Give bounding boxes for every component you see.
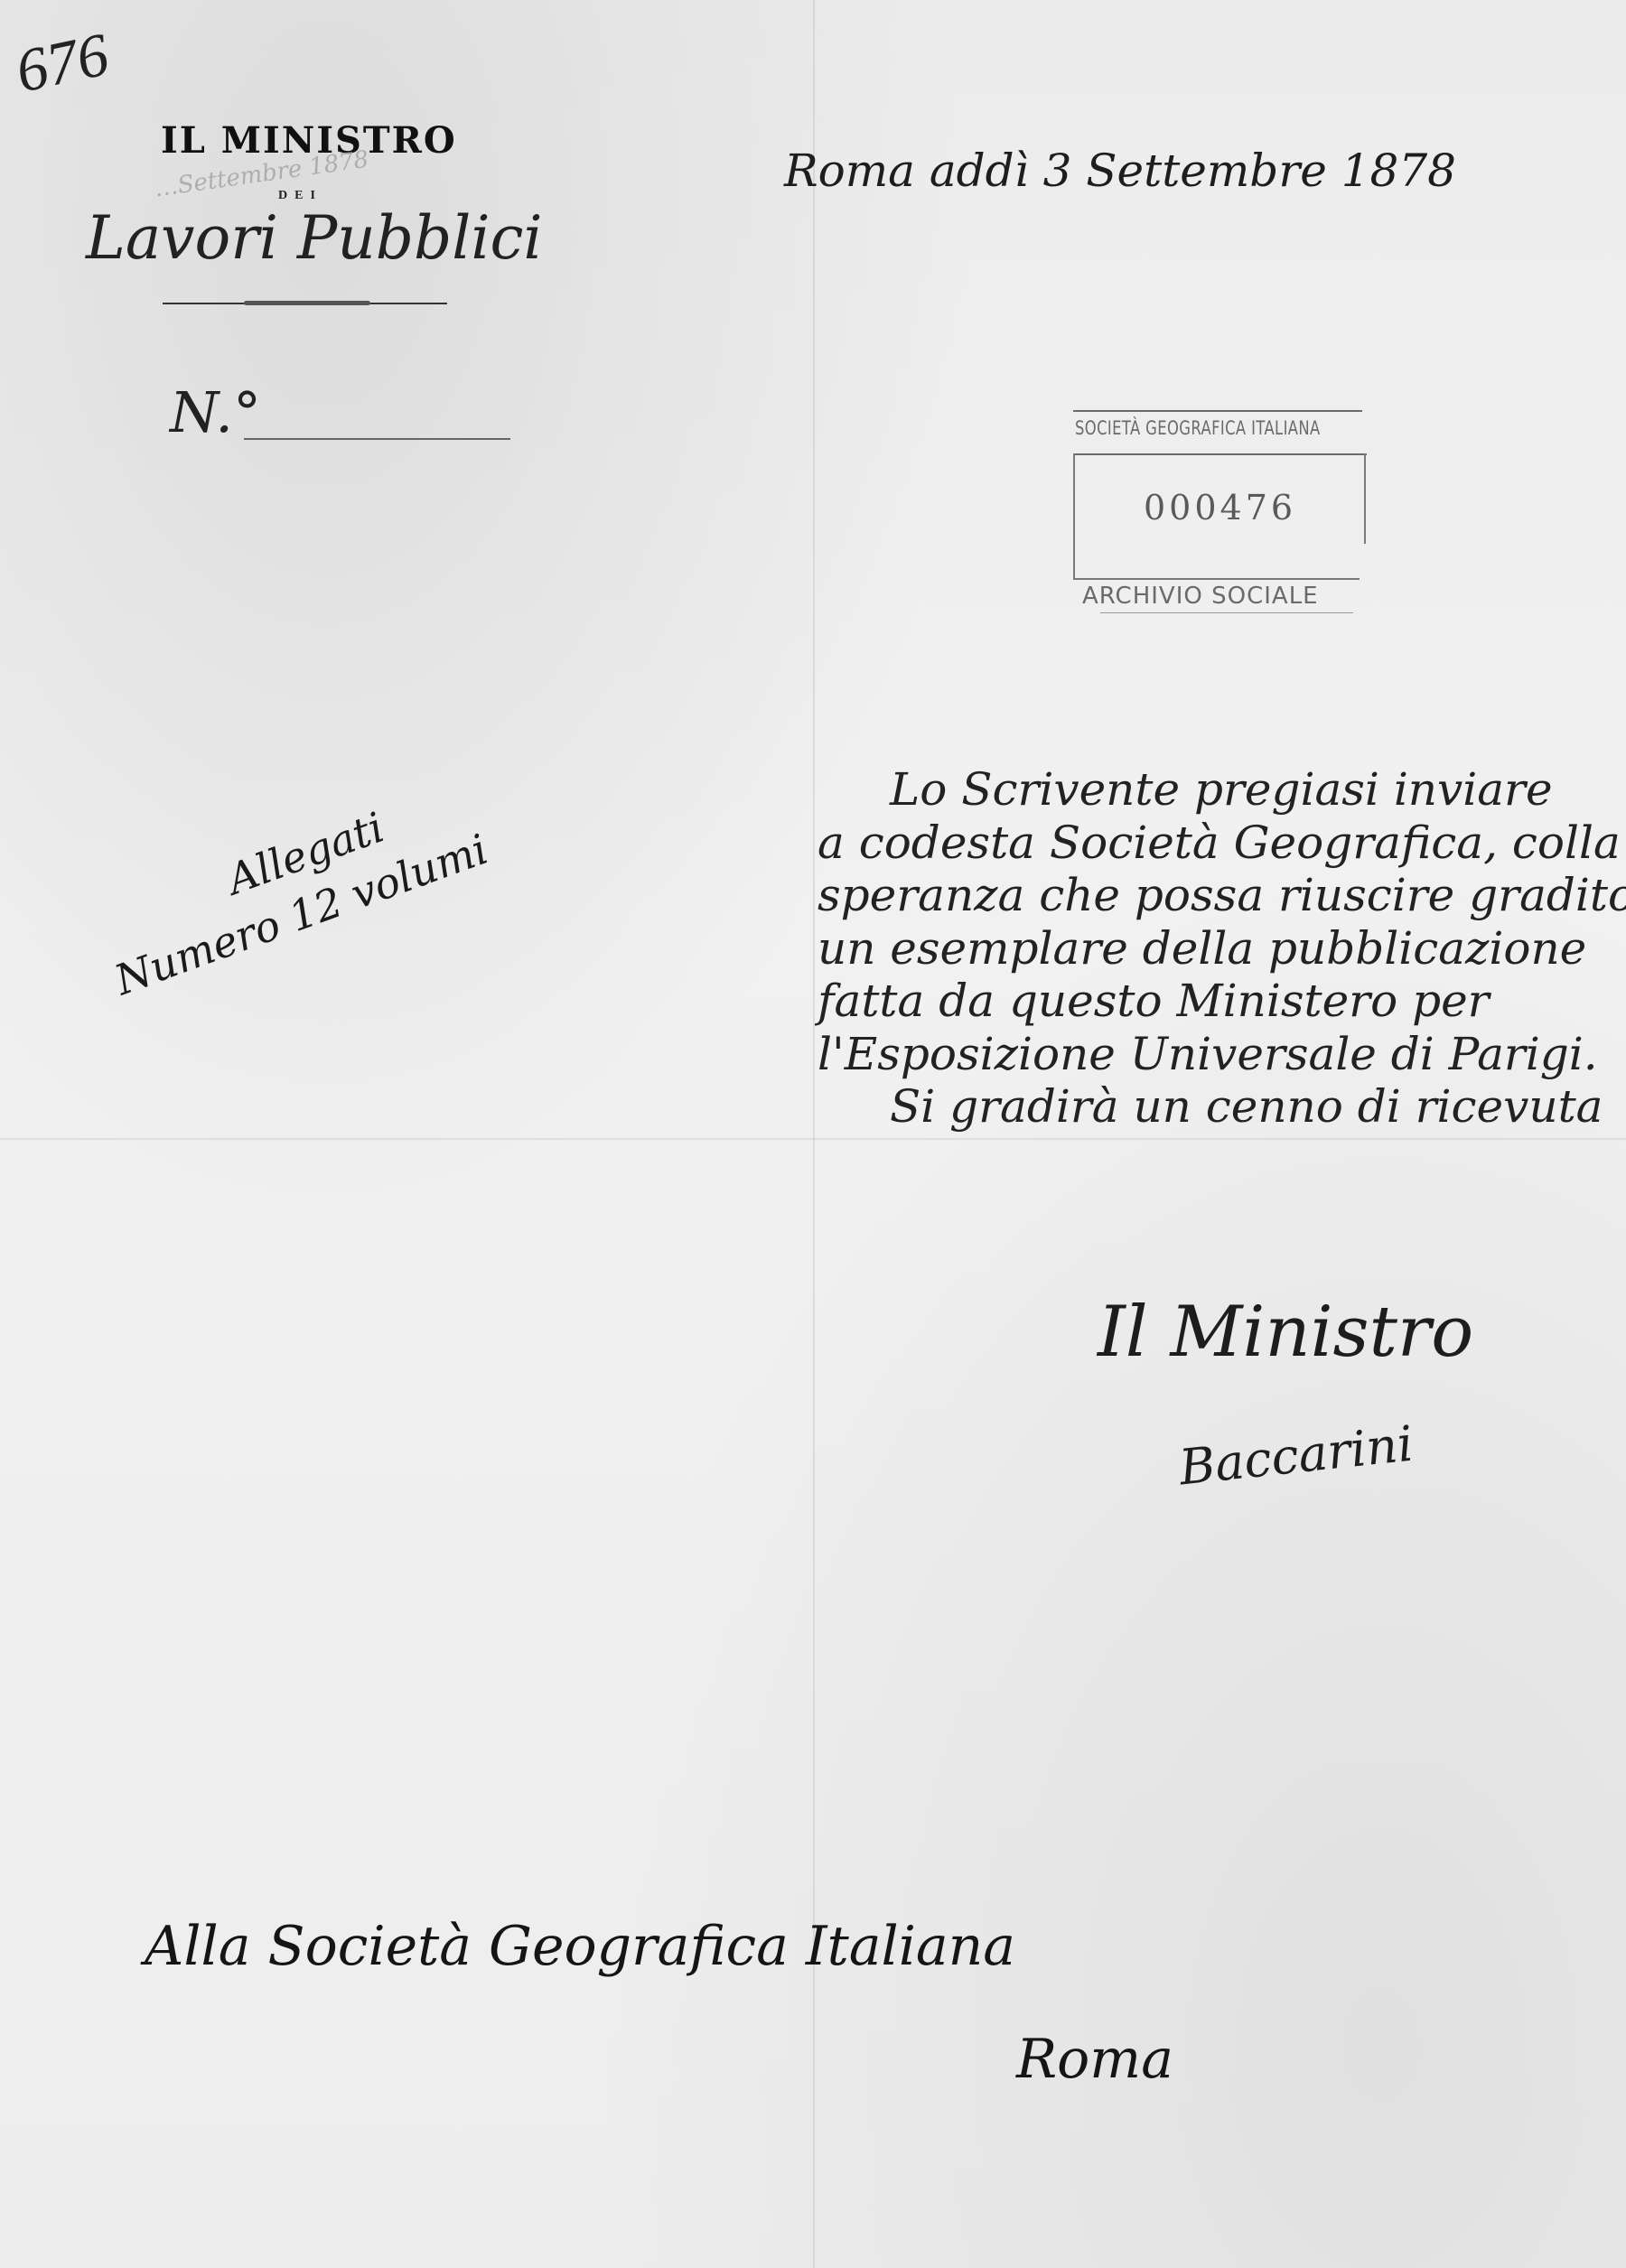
protocol-number-line [244,438,510,440]
archive-stamp: SOCIETÀ GEOGRAFICA ITALIANA 000476 ARCHI… [1073,406,1367,610]
letterhead-ministry: Lavori Pubblici [86,203,543,273]
stamp-footer: ARCHIVIO SOCIALE [1082,583,1319,610]
body-line: fatta da questo Ministero per [818,975,1621,1028]
body-line: Lo Scrivente pregiasi inviare [818,763,1621,817]
stamp-header: SOCIETÀ GEOGRAFICA ITALIANA [1075,417,1364,439]
addressee-city: Roma [1016,2028,1173,2091]
archive-number: 676 [10,18,115,107]
signature-title: Il Ministro [1098,1292,1473,1373]
stamp-number: 000476 [1144,488,1296,527]
letterhead-connector: DEI [278,189,322,203]
stamp-rule-bottom [1100,612,1353,613]
body-line: a codesta Società Geografica, colla [818,817,1621,870]
stamp-rule-middle [1073,453,1367,455]
letter-page: 676 IL MINISTRO …Settembre 1878 DEI Lavo… [0,0,1626,2268]
body-line: Si gradirà un cenno di ricevuta [818,1080,1621,1134]
stamp-border-right [1364,453,1366,544]
addressee-name: Alla Società Geografica Italiana [145,1915,1015,1978]
body-line: l'Esposizione Universale di Parigi. [818,1028,1621,1081]
stamp-rule-lower [1075,578,1360,580]
protocol-number-label: N.° [170,379,261,445]
stamp-border-left [1073,453,1075,580]
stamp-rule-top [1073,410,1362,412]
fold-crease-horizontal [0,1138,1626,1140]
letterhead-ornamental-rule [163,303,447,304]
enclosures-note: Allegati Numero 12 volumi [72,772,494,1011]
body-line: un esemplare della pubblicazione [818,922,1621,975]
signature-name: Baccarini [1176,1415,1416,1497]
letter-body: Lo Scrivente pregiasi inviare a codesta … [818,763,1621,1134]
body-line: speranza che possa riuscire gradito, [818,869,1621,922]
place-and-date: Roma addì 3 Settembre 1878 [784,145,1456,197]
